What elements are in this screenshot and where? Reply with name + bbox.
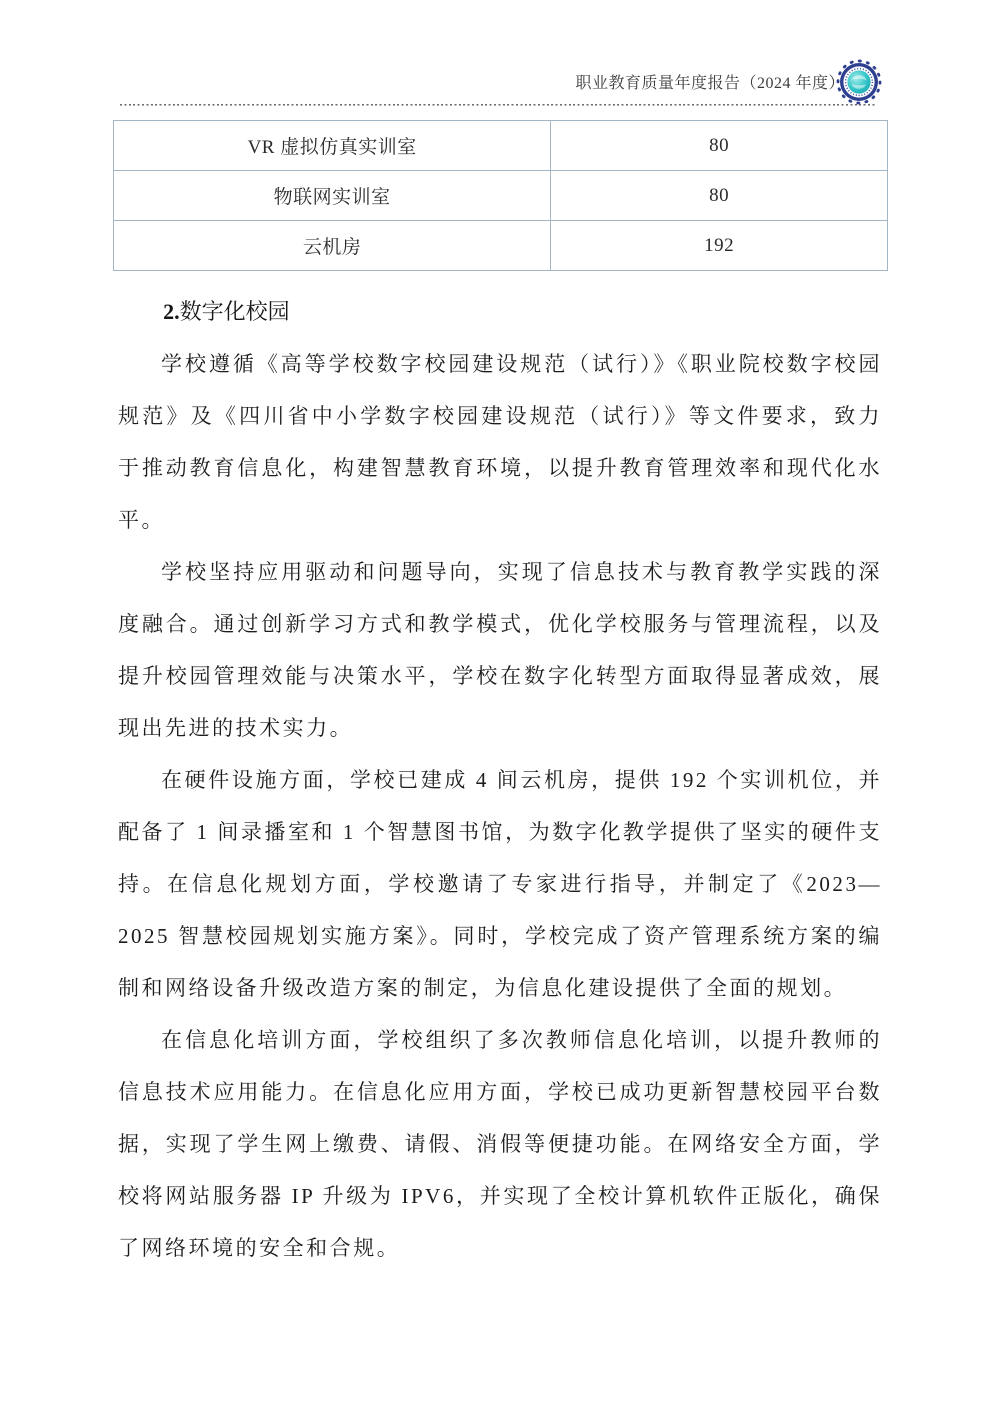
header-title: 职业教育质量年度报告（2024 年度） <box>575 70 845 93</box>
facility-capacity-cell: 80 <box>551 121 888 171</box>
facility-name-cell: 物联网实训室 <box>114 171 551 221</box>
facility-capacity-cell: 192 <box>551 221 888 271</box>
facilities-table: VR 虚拟仿真实训室 80 物联网实训室 80 云机房 192 <box>113 120 888 271</box>
paragraph: 在硬件设施方面，学校已建成 4 间云机房，提供 192 个实训机位，并配备了 1… <box>118 754 882 1014</box>
facility-name-cell: 云机房 <box>114 221 551 271</box>
table-row: 物联网实训室 80 <box>114 171 888 221</box>
page: 职业教育质量年度报告（2024 年度） <box>0 0 1000 1414</box>
heading-number: 2. <box>163 299 180 324</box>
facility-capacity-cell: 80 <box>551 171 888 221</box>
report-header: 职业教育质量年度报告（2024 年度） <box>0 0 1000 120</box>
school-emblem-icon <box>835 58 883 106</box>
paragraph: 在信息化培训方面，学校组织了多次教师信息化培训，以提升教师的信息技术应用能力。在… <box>118 1014 882 1274</box>
document-body: 2.数字化校园 学校遵循《高等学校数字校园建设规范（试行）》《职业院校数字校园规… <box>118 286 882 1274</box>
header-dotted-divider <box>120 104 877 106</box>
paragraph: 学校遵循《高等学校数字校园建设规范（试行）》《职业院校数字校园规范》及《四川省中… <box>118 338 882 546</box>
section-heading: 2.数字化校园 <box>118 286 882 338</box>
paragraph: 学校坚持应用驱动和问题导向，实现了信息技术与教育教学实践的深度融合。通过创新学习… <box>118 546 882 754</box>
facility-name-cell: VR 虚拟仿真实训室 <box>114 121 551 171</box>
table-row: VR 虚拟仿真实训室 80 <box>114 121 888 171</box>
heading-title: 数字化校园 <box>180 299 290 324</box>
table-row: 云机房 192 <box>114 221 888 271</box>
